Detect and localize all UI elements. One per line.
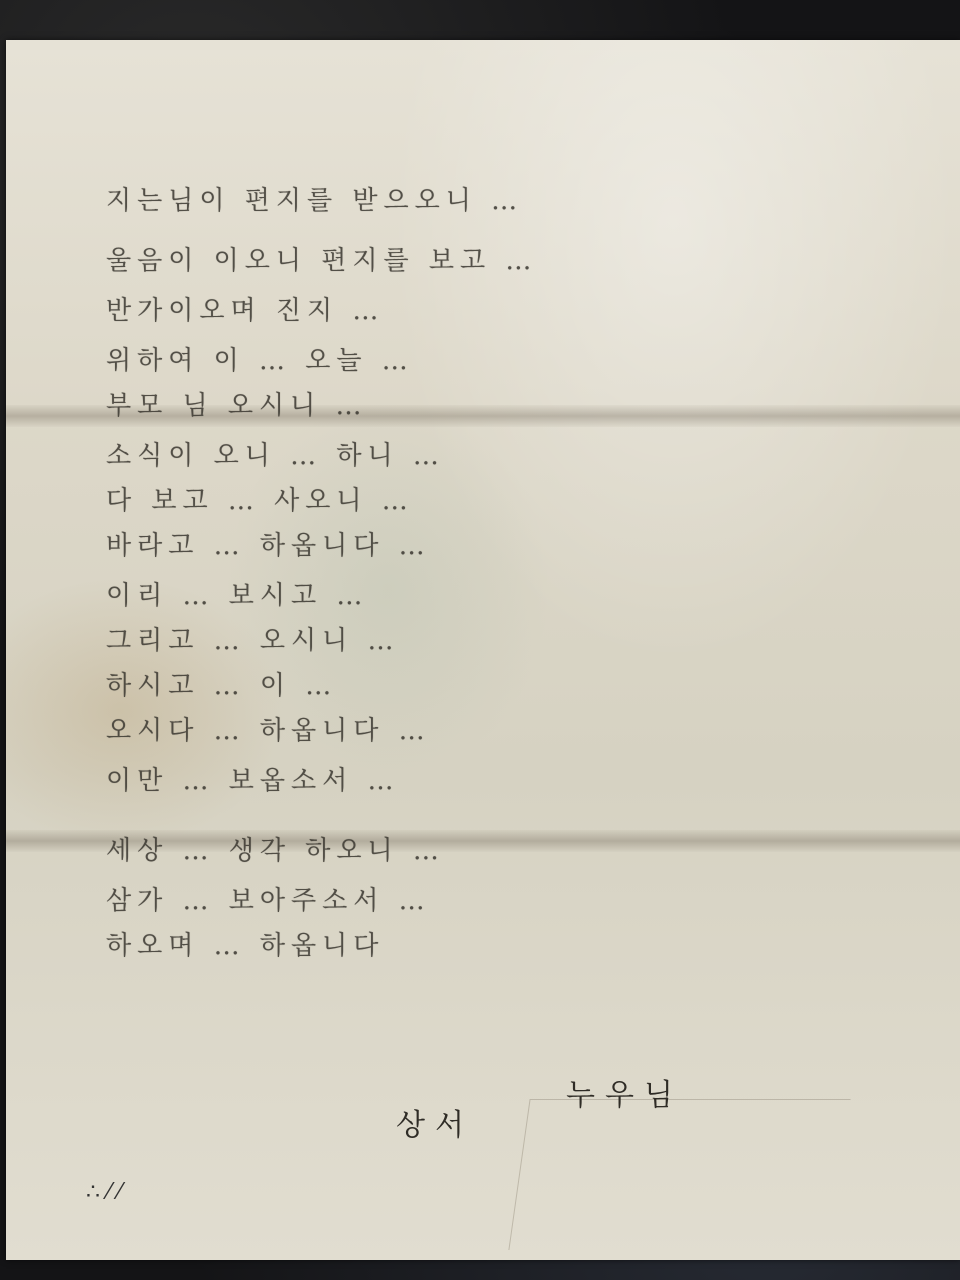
handwritten-line: 다 보고 … 사오니 … xyxy=(106,480,920,510)
handwritten-line: 그리고 … 오시니 … xyxy=(106,620,920,650)
handwritten-line: 위하여 이 … 오늘 … xyxy=(106,340,920,370)
handwritten-line: 이만 … 보옵소서 … xyxy=(106,760,920,790)
handwritten-line: 바라고 … 하옵니다 … xyxy=(106,525,920,555)
handwritten-line: 반가이오며 진지 … xyxy=(106,290,920,320)
handwritten-line: 하시고 … 이 … xyxy=(106,665,920,695)
handwritten-line: 삼가 … 보아주소서 … xyxy=(106,880,920,910)
handwritten-line: 하오며 … 하옵니다 xyxy=(106,925,920,955)
marginal-marks: ∴ ⁄ ⁄ xyxy=(86,1180,121,1205)
handwritten-line: 세상 … 생각 하오니 … xyxy=(106,830,920,860)
handwritten-line: 지는님이 편지를 받으오니 … xyxy=(106,180,920,210)
signature-closing: 상서 xyxy=(396,1100,474,1144)
handwritten-line: 부모 님 오시니 … xyxy=(106,385,920,415)
handwritten-line: 울음이 이오니 편지를 보고 … xyxy=(106,240,920,270)
torn-edge xyxy=(508,1099,850,1250)
handwritten-line: 소식이 오니 … 하니 … xyxy=(106,435,920,465)
handwritten-line: 이리 … 보시고 … xyxy=(106,575,920,605)
handwritten-line: 오시다 … 하옵니다 … xyxy=(106,710,920,740)
signature-addressee: 누우님 xyxy=(566,1070,683,1114)
letter-paper: 지는님이 편지를 받으오니 … 울음이 이오니 편지를 보고 … 반가이오며 진… xyxy=(6,40,960,1260)
